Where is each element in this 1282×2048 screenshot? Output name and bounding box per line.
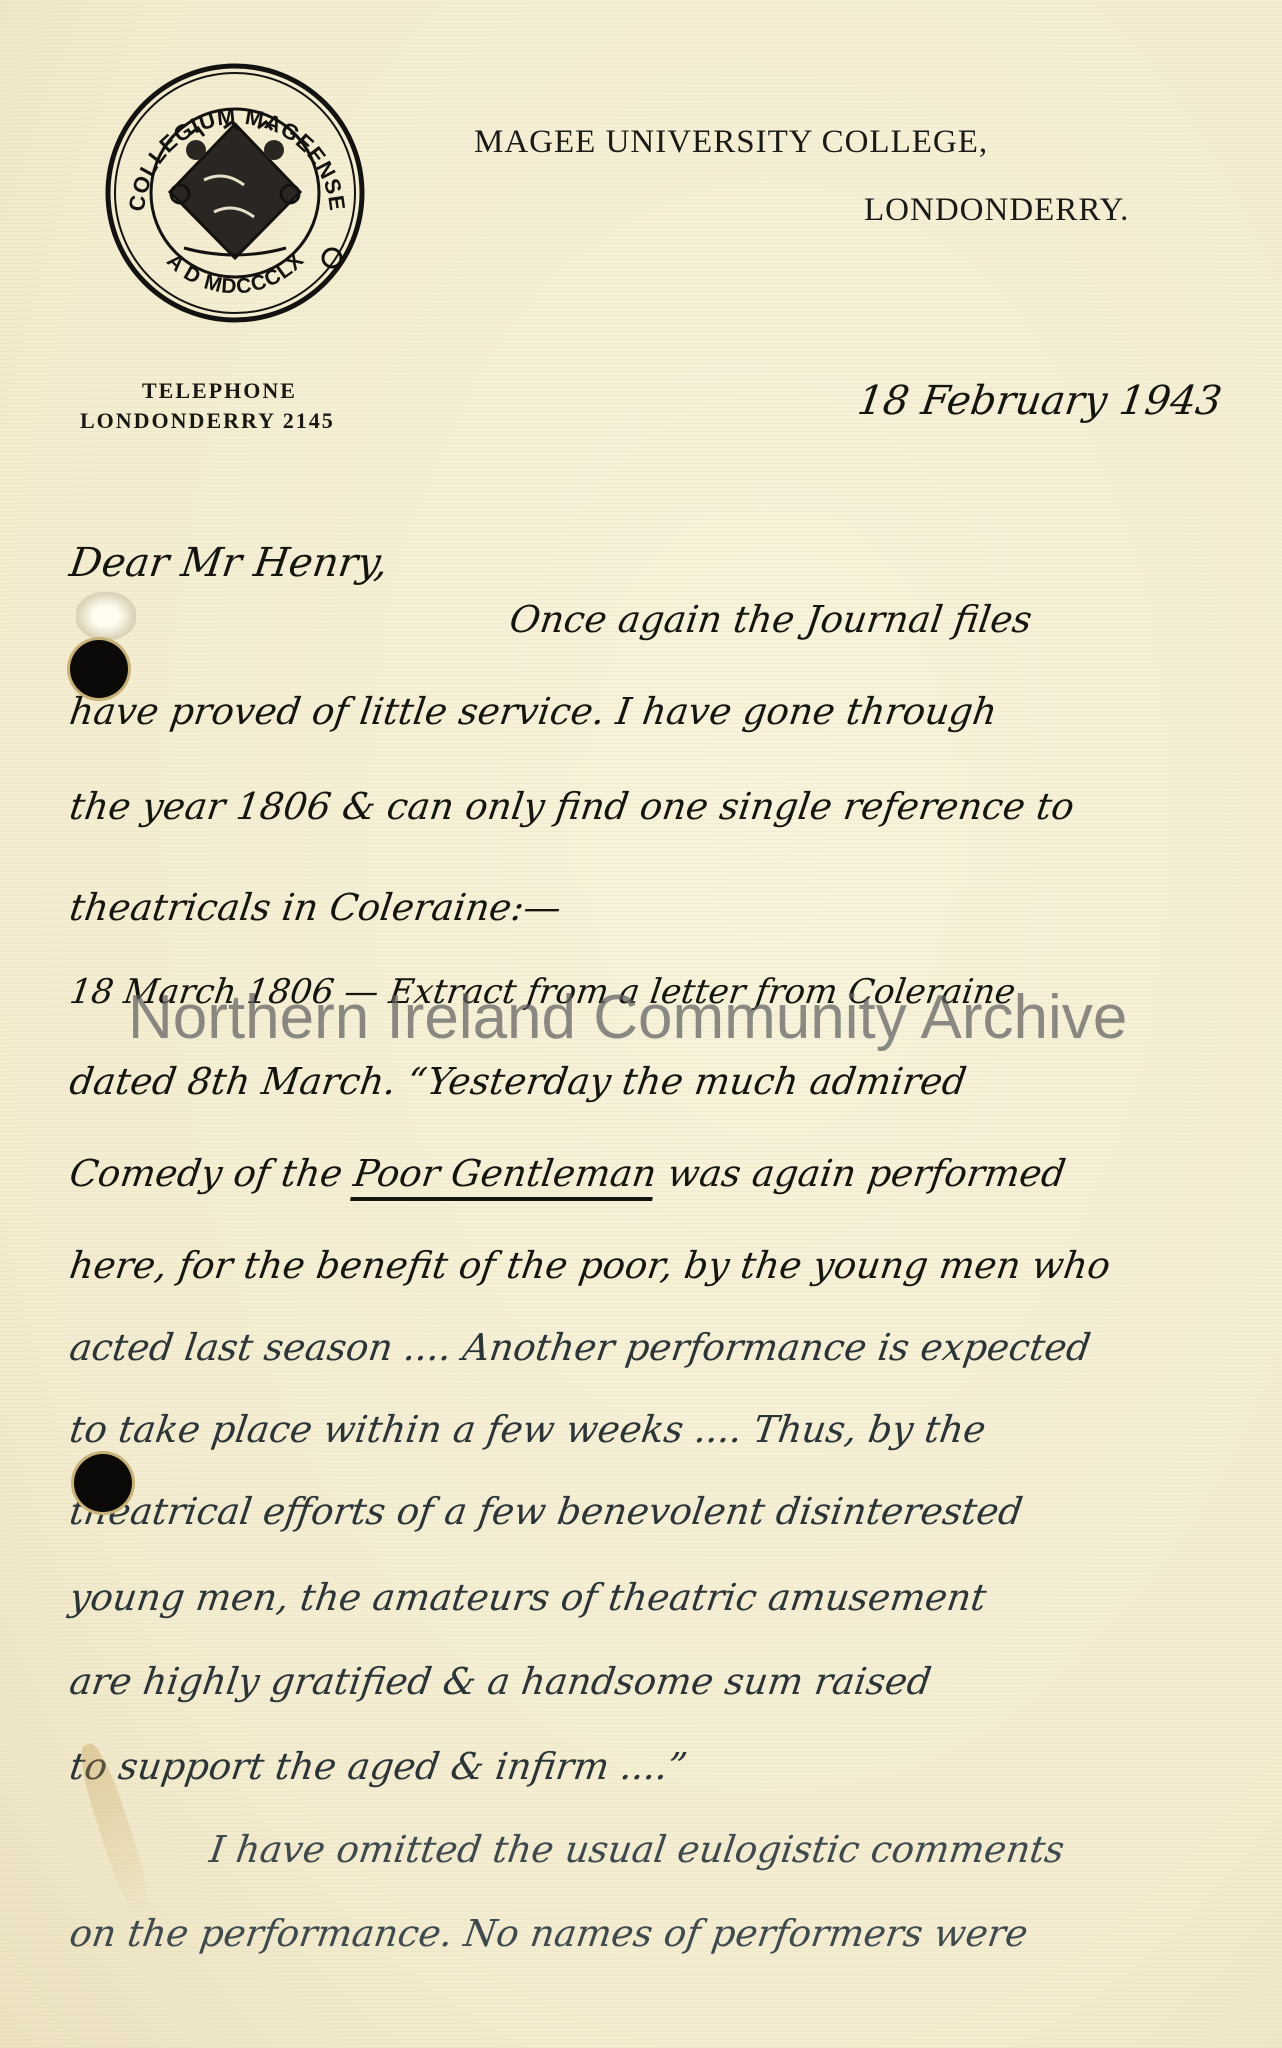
letter-text: Comedy of the <box>67 1152 345 1195</box>
college-seal: COLLEGIUM MAGEENSE APUD DERRY A D MDCCCL… <box>104 62 366 324</box>
letter-line: I have omitted the usual eulogistic comm… <box>207 1828 1067 1871</box>
letter-line: dated 8th March. “Yesterday the much adm… <box>67 1060 969 1103</box>
letter-line: on the performance. No names of performe… <box>67 1912 1031 1955</box>
letter-line: Comedy of the Poor Gentleman was again p… <box>67 1152 1068 1195</box>
letter-line: to support the aged & infirm ....” <box>67 1745 690 1788</box>
letter-text: was again performed <box>665 1152 1068 1195</box>
letter-date: 18 February 1943 <box>855 378 1225 424</box>
seal-emblem-icon: COLLEGIUM MAGEENSE APUD DERRY A D MDCCCL… <box>104 62 366 324</box>
punch-hole-bottom <box>74 1454 132 1512</box>
letter-line: young men, the amateurs of theatric amus… <box>67 1576 989 1619</box>
letter-line: acted last season .... Another performan… <box>67 1326 1093 1369</box>
punch-hole-top <box>70 640 128 698</box>
letter-line: to take place within a few weeks .... Th… <box>67 1408 989 1451</box>
institution-city: LONDONDERRY. <box>864 192 1129 229</box>
letter-line: are highly gratified & a handsome sum ra… <box>67 1660 934 1703</box>
letter-line: the year 1806 & can only find one single… <box>67 785 1077 828</box>
letter-line: theatrical efforts of a few benevolent d… <box>67 1490 1025 1533</box>
telephone-number: LONDONDERRY 2145 <box>80 408 335 434</box>
telephone-label: TELEPHONE <box>142 378 297 404</box>
letter-line: here, for the benefit of the poor, by th… <box>67 1244 1113 1287</box>
letter-line: have proved of little service. I have go… <box>67 690 1000 733</box>
letter-line: theatricals in Coleraine:— <box>67 886 564 929</box>
archive-watermark: Northern Ireland Community Archive <box>128 982 1127 1053</box>
institution-name: MAGEE UNIVERSITY COLLEGE, <box>474 124 988 161</box>
letter-line: Once again the Journal files <box>507 598 1035 641</box>
salutation: Dear Mr Henry, <box>67 540 391 586</box>
play-title: Poor Gentleman <box>350 1152 659 1201</box>
paper-tear <box>76 592 136 640</box>
